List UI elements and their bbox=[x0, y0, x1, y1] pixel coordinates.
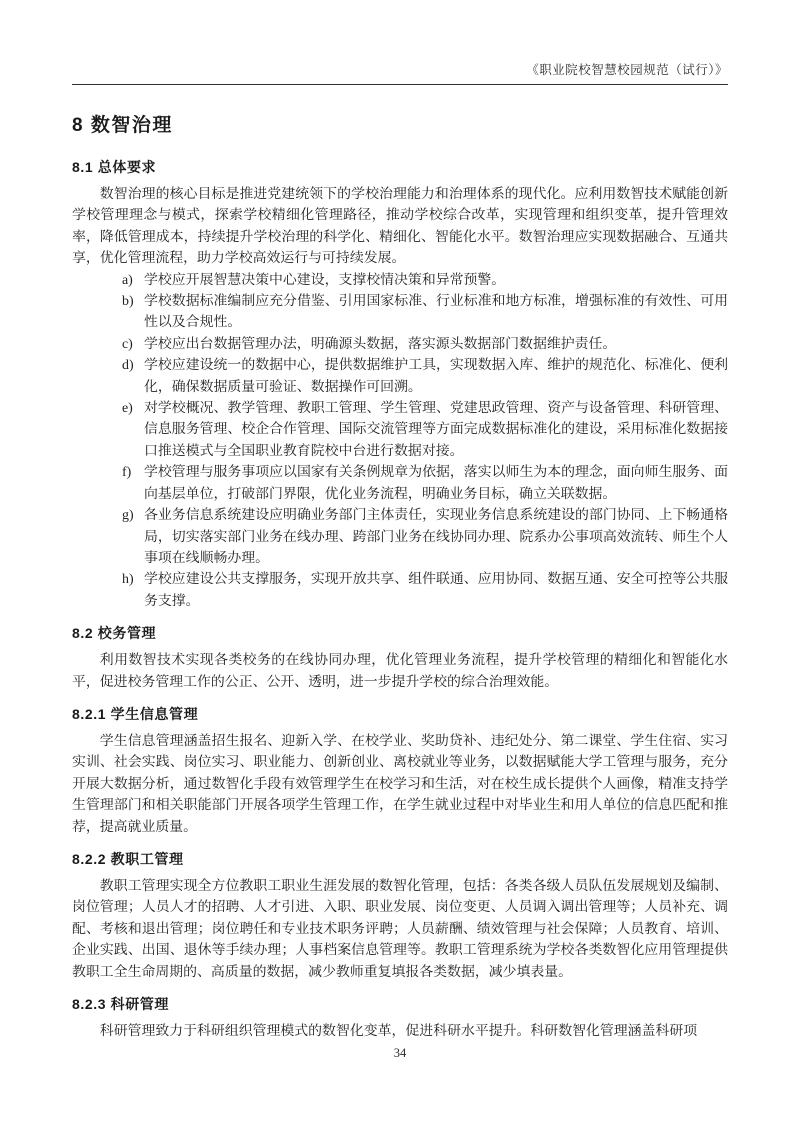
list-item-marker: b) bbox=[122, 291, 134, 312]
list-item-text: 学校数据标准编制应充分借鉴、引用国家标准、行业标准和地方标准，增强标准的有效性、… bbox=[144, 294, 728, 330]
list-item-e: e) 对学校概况、教学管理、教职工管理、学生管理、党建思政管理、资产与设备管理、… bbox=[72, 398, 728, 462]
list-item-text: 学校管理与服务事项应以国家有关条例规章为依据，落实以师生为本的理念，面向师生服务… bbox=[144, 465, 728, 501]
list-item-marker: c) bbox=[122, 334, 133, 355]
list-item-marker: f) bbox=[122, 462, 131, 483]
list-item-text: 对学校概况、教学管理、教职工管理、学生管理、党建思政管理、资产与设备管理、科研管… bbox=[144, 401, 728, 459]
chapter-heading: 8 数智治理 bbox=[72, 110, 728, 137]
list-item-c: c) 学校应出台数据管理办法，明确源头数据，落实源头数据部门数据维护责任。 bbox=[72, 334, 728, 355]
list-item-marker: a) bbox=[122, 270, 133, 291]
list-item-marker: e) bbox=[122, 398, 133, 419]
list-item-g: g) 各业务信息系统建设应明确业务部门主体责任，实现业务信息系统建设的部门协同、… bbox=[72, 505, 728, 569]
page-header: 《职业院校智慧校园规范（试行）》 bbox=[72, 60, 728, 78]
section-heading-8-2-2: 8.2.2 教职工管理 bbox=[72, 849, 728, 869]
list-item-text: 学校应建设统一的数据中心，提供数据维护工具，实现数据入库、维护的规范化、标准化、… bbox=[144, 358, 728, 394]
list-item-h: h) 学校应建设公共支撑服务，实现开放共享、组件联通、应用协同、数据互通、安全可… bbox=[72, 569, 728, 612]
list-item-text: 学校应出台数据管理办法，明确源头数据，落实源头数据部门数据维护责任。 bbox=[144, 337, 616, 352]
list-item-marker: h) bbox=[122, 569, 134, 590]
paragraph-8-2-3: 科研管理致力于科研组织管理模式的数智化变革，促进科研水平提升。科研数智化管理涵盖… bbox=[72, 1021, 728, 1042]
list-item-marker: d) bbox=[122, 355, 134, 376]
paragraph-8-2-intro: 利用数智技术实现各类校务的在线协同办理，优化管理业务流程，提升学校管理的精细化和… bbox=[72, 650, 728, 693]
section-heading-8-2-1: 8.2.1 学生信息管理 bbox=[72, 704, 728, 724]
section-heading-8-2-3: 8.2.3 科研管理 bbox=[72, 994, 728, 1014]
list-item-text: 学校应建设公共支撑服务，实现开放共享、组件联通、应用协同、数据互通、安全可控等公… bbox=[144, 572, 728, 608]
header-rule bbox=[72, 84, 728, 85]
header-title: 《职业院校智慧校园规范（试行）》 bbox=[526, 63, 728, 77]
section-heading-8-2: 8.2 校务管理 bbox=[72, 623, 728, 643]
list-item-f: f) 学校管理与服务事项应以国家有关条例规章为依据，落实以师生为本的理念，面向师… bbox=[72, 462, 728, 505]
paragraph-8-1-intro: 数智治理的核心目标是推进党建统领下的学校治理能力和治理体系的现代化。应利用数智技… bbox=[72, 184, 728, 270]
document-page: 《职业院校智慧校园规范（试行）》 8 数智治理 8.1 总体要求 数智治理的核心… bbox=[0, 0, 800, 1131]
list-item-a: a) 学校应开展智慧决策中心建设，支撑校情决策和异常预警。 bbox=[72, 270, 728, 291]
list-item-text: 学校应开展智慧决策中心建设，支撑校情决策和异常预警。 bbox=[144, 273, 505, 288]
requirements-list: a) 学校应开展智慧决策中心建设，支撑校情决策和异常预警。 b) 学校数据标准编… bbox=[72, 270, 728, 613]
paragraph-8-2-1: 学生信息管理涵盖招生报名、迎新入学、在校学业、奖助贷补、违纪处分、第二课堂、学生… bbox=[72, 731, 728, 838]
page-number: 34 bbox=[0, 1046, 800, 1061]
list-item-marker: g) bbox=[122, 505, 134, 526]
list-item-b: b) 学校数据标准编制应充分借鉴、引用国家标准、行业标准和地方标准，增强标准的有… bbox=[72, 291, 728, 334]
section-heading-8-1: 8.1 总体要求 bbox=[72, 157, 728, 177]
list-item-text: 各业务信息系统建设应明确业务部门主体责任，实现业务信息系统建设的部门协同、上下畅… bbox=[144, 508, 728, 566]
paragraph-8-2-2: 教职工管理实现全方位教职工职业生涯发展的数智化管理，包括：各类各级人员队伍发展规… bbox=[72, 876, 728, 983]
list-item-d: d) 学校应建设统一的数据中心，提供数据维护工具，实现数据入库、维护的规范化、标… bbox=[72, 355, 728, 398]
